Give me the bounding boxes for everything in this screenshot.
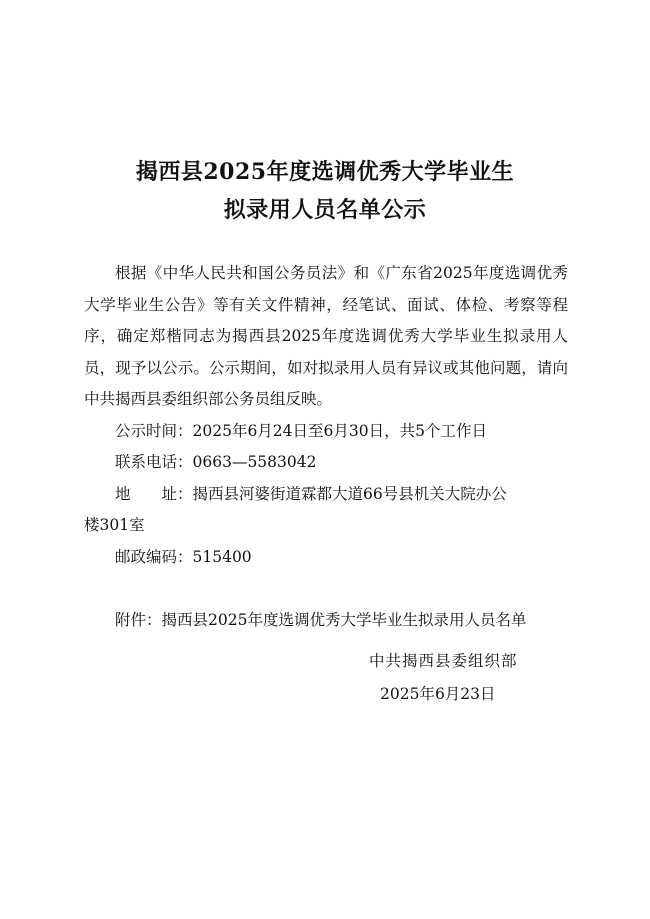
attachment-note: 附件：揭西县2025年度选调优秀大学毕业生拟录用人员名单 [84,605,568,637]
postcode: 邮政编码：515400 [84,542,568,574]
main-paragraph: 根据《中华人民共和国公务员法》和《广东省2025年度选调优秀大学毕业生公告》等有… [84,258,568,416]
notice-period: 公示时间：2025年6月24日至6月30日，共5个工作日 [84,416,568,448]
document-title-line1: 揭西县2025年度选调优秀大学毕业生 [0,155,650,186]
document-body: 根据《中华人民共和国公务员法》和《广东省2025年度选调优秀大学毕业生公告》等有… [84,258,568,637]
contact-phone: 联系电话：0663—5583042 [84,447,568,479]
signature-org: 中共揭西县委组织部 [369,649,518,671]
signature-date: 2025年6月23日 [380,682,496,704]
address-line1: 地 址：揭西县河婆街道霖都大道66号县机关大院办公 [84,479,568,511]
spacer [84,573,568,605]
document-title-line2: 拟录用人员名单公示 [0,193,650,224]
address-line2: 楼301室 [84,510,568,542]
